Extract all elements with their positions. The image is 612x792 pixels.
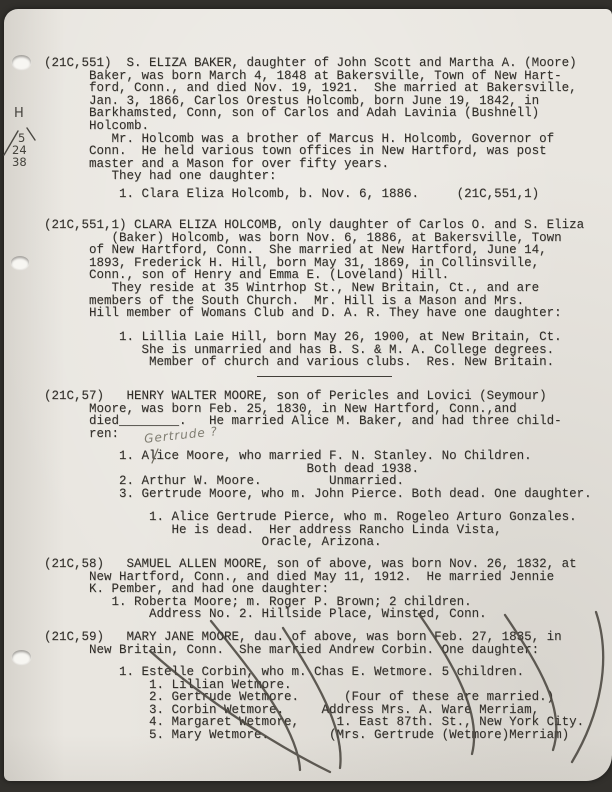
typed-line: Address No. 2. Hillside Place, Winsted, … <box>44 608 577 621</box>
typed-block-21C-551: (21C,551) S. ELIZA BAKER, daughter of Jo… <box>44 57 577 183</box>
typed-block-21C-551-1: (21C,551,1) CLARA ELIZA HOLCOMB, only da… <box>44 219 584 320</box>
typed-line: 5. Mary Wetmore. (Mrs. Gertrude (Wetmore… <box>44 729 584 742</box>
typed-line: 2. Arthur W. Moore. Unmarried. <box>44 475 592 488</box>
typed-line: 3. Gertrude Moore, who m. John Pierce. B… <box>44 488 592 501</box>
typed-block-21C-551-1-child: 1. Lillia Laie Hill, born May 26, 1900, … <box>44 331 562 369</box>
typed-line: Member of church and various clubs. Res.… <box>44 356 562 369</box>
punch-hole-bottom <box>12 650 31 664</box>
typed-line: Conn. He held various town offices in Ne… <box>44 145 577 158</box>
typed-block-21C-551-child: 1. Clara Eliza Holcomb, b. Nov. 6, 1886.… <box>44 188 539 201</box>
typed-block-21C-57-grandchild: 1. Alice Gertrude Pierce, who m. Rogeleo… <box>44 511 577 549</box>
typed-block-21C-59-children: 1. Estelle Corbin, who m. Chas E. Wetmor… <box>44 666 584 742</box>
typed-line: Holcomb. <box>44 120 577 133</box>
typed-line: K. Pember, and had one daughter: <box>44 583 577 596</box>
margin-note-letter: H <box>14 108 24 120</box>
typed-line: (21C,551) S. ELIZA BAKER, daughter of Jo… <box>44 57 577 70</box>
typed-block-21C-57-children: 1. Alice Moore, who married F. N. Stanle… <box>44 450 592 500</box>
punch-hole-middle <box>11 256 29 269</box>
typed-line: (21C,57) HENRY WALTER MOORE, son of Peri… <box>44 390 562 403</box>
typed-line: (21C,58) SAMUEL ALLEN MOORE, son of abov… <box>44 558 577 571</box>
section-divider <box>257 376 392 377</box>
typed-line: They reside at 35 Wintrhop St., New Brit… <box>44 282 584 295</box>
typed-block-21C-57: (21C,57) HENRY WALTER MOORE, son of Peri… <box>44 390 562 440</box>
typed-line: Oracle, Arizona. <box>44 536 577 549</box>
typed-line: Hill member of Womans Club and D. A. R. … <box>44 307 584 320</box>
typed-line: 1. Estelle Corbin, who m. Chas E. Wetmor… <box>44 666 584 679</box>
typed-line: (21C,59) MARY JANE MOORE, dau. of above,… <box>44 631 562 644</box>
punch-hole-top <box>12 55 31 69</box>
typed-line: died________. He married Alice M. Baker,… <box>44 415 562 428</box>
typed-block-21C-59: (21C,59) MARY JANE MOORE, dau. of above,… <box>44 631 562 656</box>
typed-line: 1. Lillia Laie Hill, born May 26, 1900, … <box>44 331 562 344</box>
typed-line: New Britain, Conn. She married Andrew Co… <box>44 644 562 657</box>
typed-line: (21C,551,1) CLARA ELIZA HOLCOMB, only da… <box>44 219 584 232</box>
margin-note-num3: 38 <box>12 156 27 168</box>
typed-line: 2. Gertrude Wetmore. (Four of these are … <box>44 691 584 704</box>
typed-line: 1. Clara Eliza Holcomb, b. Nov. 6, 1886.… <box>44 188 539 201</box>
scanned-document-page: H 5 24 38 (21C,551) S. ELIZA BAKER, daug… <box>0 0 612 792</box>
typed-line: ren: <box>44 428 562 441</box>
typed-block-21C-58: (21C,58) SAMUEL ALLEN MOORE, son of abov… <box>44 558 577 621</box>
typed-line: ford, Conn., and died Nov. 19, 1921. She… <box>44 82 577 95</box>
typed-line: 1. Alice Moore, who married F. N. Stanle… <box>44 450 592 463</box>
typed-line: of New Hartford, Conn. She married at Ne… <box>44 244 584 257</box>
typed-line: 1. Alice Gertrude Pierce, who m. Rogeleo… <box>44 511 577 524</box>
typed-line: They had one daughter: <box>44 170 577 183</box>
